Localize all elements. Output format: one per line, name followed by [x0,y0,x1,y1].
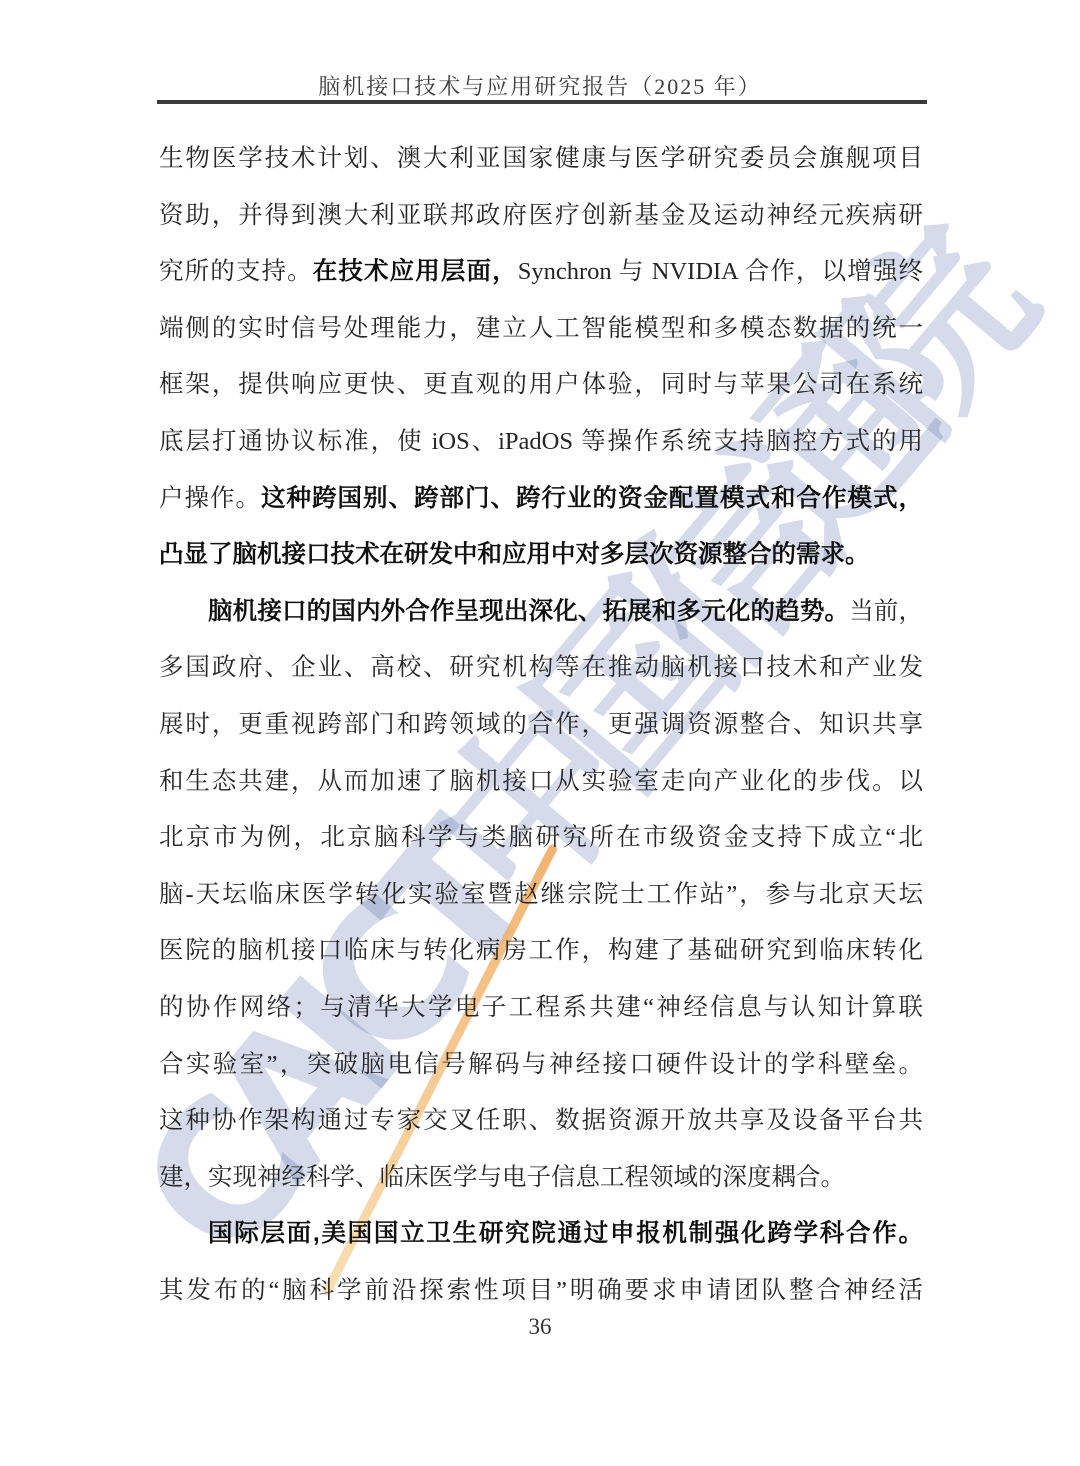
text-segment: 其发布的“脑科学前沿探索性项目”明确要求申请团队整合神经活 [159,1277,923,1304]
text-segment: 凸显了脑机接口技术在研发中和应用中对多层次资源整合的需求。 [159,541,870,568]
text-segment: 国际层面,美国国立卫生研究院通过申报机制强化跨学科合作。 [208,1220,923,1247]
text-line: 医院的脑机接口临床与转化病房工作，构建了基础研究到临床转化 [159,923,923,980]
text-line: 框架，提供响应更快、更直观的用户体验，同时与苹果公司在系统 [159,357,923,414]
text-line: 究所的支持。在技术应用层面，Synchron 与 NVIDIA 合作，以增强终 [159,244,923,301]
body-text: 生物医学技术计划、澳大利亚国家健康与医学研究委员会旗舰项目资助，并得到澳大利亚联… [159,131,923,1319]
text-segment: 和生态共建，从而加速了脑机接口从实验室走向产业化的步伐。以 [159,768,923,795]
text-line: 合实验室”，突破脑电信号解码与神经接口硬件设计的学科壁垒。 [159,1037,923,1094]
text-segment: 当前， [849,598,923,625]
header-rule [157,100,927,104]
text-segment: 合实验室”，突破脑电信号解码与神经接口硬件设计的学科壁垒。 [159,1051,923,1078]
page-number: 36 [0,1314,1080,1340]
text-line: 和生态共建，从而加速了脑机接口从实验室走向产业化的步伐。以 [159,754,923,811]
text-line: 底层打通协议标准，使 iOS、iPadOS 等操作系统支持脑控方式的用 [159,414,923,471]
text-segment: 资助，并得到澳大利亚联邦政府医疗创新基金及运动神经元疾病研 [159,202,923,229]
header-title: 脑机接口技术与应用研究报告（2025 年） [0,70,1080,101]
text-line: 生物医学技术计划、澳大利亚国家健康与医学研究委员会旗舰项目 [159,131,923,188]
text-segment: 这种协作架构通过专家交叉任职、数据资源开放共享及设备平台共 [159,1107,923,1134]
text-segment: 底层打通协议标准，使 iOS、iPadOS 等操作系统支持脑控方式的用 [159,428,923,455]
text-segment: 展时，更重视跨部门和跨领域的合作，更强调资源整合、知识共享 [159,711,923,738]
text-line: 展时，更重视跨部门和跨领域的合作，更强调资源整合、知识共享 [159,697,923,754]
text-segment: 北京市为例，北京脑科学与类脑研究所在市级资金支持下成立“北 [159,824,923,851]
text-segment: 脑-天坛临床医学转化实验室暨赵继宗院士工作站”，参与北京天坛 [159,881,923,908]
text-segment: 医院的脑机接口临床与转化病房工作，构建了基础研究到临床转化 [159,937,923,964]
text-line: 多国政府、企业、高校、研究机构等在推动脑机接口技术和产业发 [159,640,923,697]
text-segment: 究所的支持。 [159,258,313,285]
text-segment: 端侧的实时信号处理能力，建立人工智能模型和多模态数据的统一 [159,315,923,342]
text-line: 户操作。这种跨国别、跨部门、跨行业的资金配置模式和合作模式， [159,471,923,528]
text-segment: 生物医学技术计划、澳大利亚国家健康与医学研究委员会旗舰项目 [159,145,923,172]
text-line: 国际层面,美国国立卫生研究院通过申报机制强化跨学科合作。 [159,1206,923,1263]
text-line: 脑机接口的国内外合作呈现出深化、拓展和多元化的趋势。当前， [159,584,923,641]
text-segment: 在技术应用层面， [313,258,518,285]
document-page: CAICT中国信通院 脑机接口技术与应用研究报告（2025 年） 生物医学技术计… [0,0,1080,1466]
text-segment: 多国政府、企业、高校、研究机构等在推动脑机接口技术和产业发 [159,654,923,681]
text-segment: 这种跨国别、跨部门、跨行业的资金配置模式和合作模式， [261,485,923,512]
text-segment: Synchron 与 NVIDIA 合作，以增强终 [518,258,923,285]
text-segment: 户操作。 [159,485,261,512]
text-line: 的协作网络；与清华大学电子工程系共建“神经信息与认知计算联 [159,980,923,1037]
text-line: 端侧的实时信号处理能力，建立人工智能模型和多模态数据的统一 [159,301,923,358]
text-line: 北京市为例，北京脑科学与类脑研究所在市级资金支持下成立“北 [159,810,923,867]
text-segment: 脑机接口的国内外合作呈现出深化、拓展和多元化的趋势。 [208,598,849,625]
text-line: 建，实现神经科学、临床医学与电子信息工程领域的深度耦合。 [159,1150,923,1207]
text-segment: 的协作网络；与清华大学电子工程系共建“神经信息与认知计算联 [159,994,923,1021]
text-line: 这种协作架构通过专家交叉任职、数据资源开放共享及设备平台共 [159,1093,923,1150]
text-line: 凸显了脑机接口技术在研发中和应用中对多层次资源整合的需求。 [159,527,923,584]
text-line: 脑-天坛临床医学转化实验室暨赵继宗院士工作站”，参与北京天坛 [159,867,923,924]
text-segment: 建，实现神经科学、临床医学与电子信息工程领域的深度耦合。 [159,1164,845,1191]
text-segment: 框架，提供响应更快、更直观的用户体验，同时与苹果公司在系统 [159,371,923,398]
text-line: 资助，并得到澳大利亚联邦政府医疗创新基金及运动神经元疾病研 [159,188,923,245]
text-line: 其发布的“脑科学前沿探索性项目”明确要求申请团队整合神经活 [159,1263,923,1320]
